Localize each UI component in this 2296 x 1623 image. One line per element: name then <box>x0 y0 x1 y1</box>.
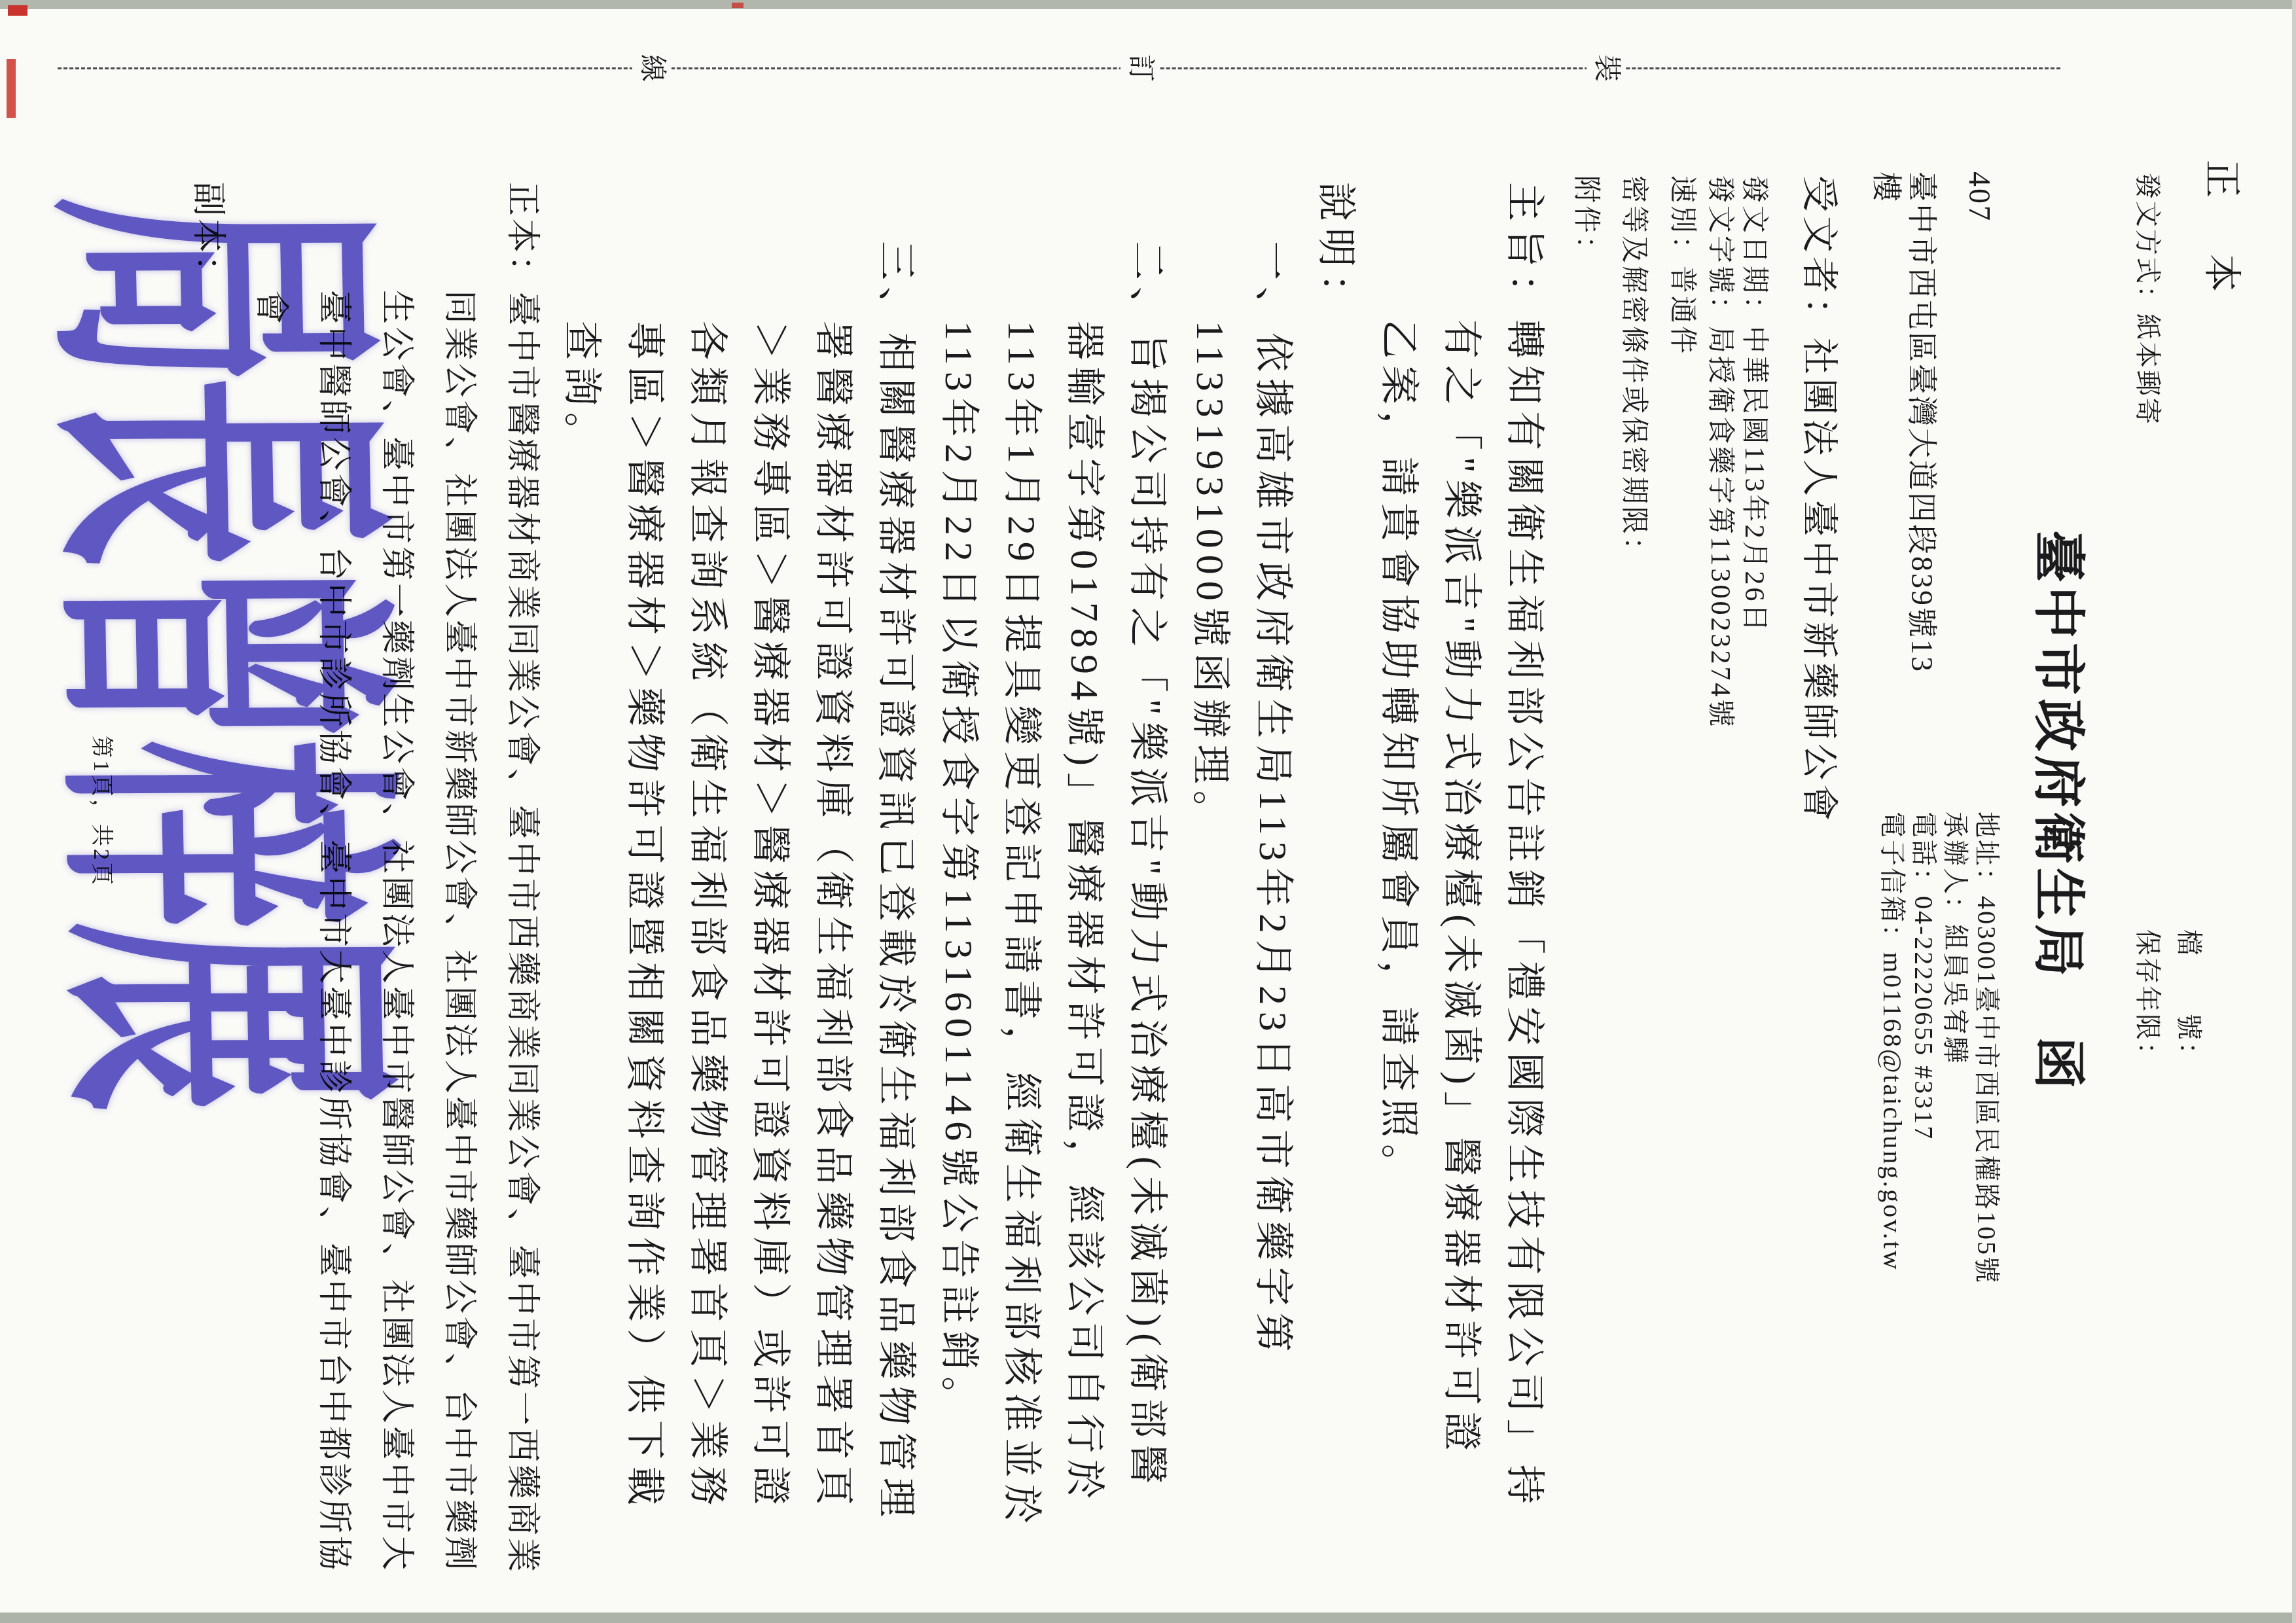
recipient-zip: 407 <box>1964 171 1995 223</box>
director-signature-stamp: 局長曾梓展 <box>0 193 508 1148</box>
subject-line-1: 主旨：轉知有關衛生福利部公告註銷「禮安國際生技有限公司」持 <box>1503 182 1545 1510</box>
item3-line-1: 三、相關醫療器材許可證資訊已登載於衛生福利部食品藥物管理 <box>875 241 916 1524</box>
agency-email: 電子信箱：m01168@taichung.gov.tw <box>1878 811 1906 1272</box>
recipient-address-2: 樓 <box>1871 171 1902 204</box>
item2-line-3: 113年1月29日提具變更登記申請書，經衛生福利部核准並於 <box>1001 321 1042 1530</box>
red-scan-artifact-3 <box>732 3 744 8</box>
binding-mark-xian: 線 <box>632 50 672 86</box>
item3-line-4: 各類月報查詢系統（衛生福利部食品藥物管理署首頁＞業務 <box>687 321 728 1512</box>
subject-line-2: 有之「"樂派吉"動力式治療檯(未滅菌)」醫療器材許可證 <box>1441 319 1482 1457</box>
binding-mark-ding: 訂 <box>1121 50 1160 86</box>
scan-edge-bottom <box>0 1613 2296 1623</box>
item2-line-2: 器輸壹字第017894號)」醫療器材許可證，經該公司自行於 <box>1064 321 1105 1505</box>
red-scan-artifact-2 <box>7 59 16 118</box>
item2-line-4: 113年2月22日以衛授食字第1131601146號公告註銷。 <box>938 321 979 1422</box>
speed-class: 速別：普通件 <box>1668 175 1696 356</box>
agency-phone: 電話：04-22220655 #3317 <box>1910 811 1937 1141</box>
agency-address: 地址：403001臺中市西區民權路105號 <box>1973 811 2000 1285</box>
scan-edge-top <box>0 0 2296 9</box>
recipients-list-line-1: 正本：臺中市醫療器材商業同業公會、臺中市西藥商業同業公會、臺中市第一西藥商業 <box>503 182 539 1575</box>
agency-handler: 承辦人：組員吳宥驊 <box>1941 811 1969 1065</box>
recipient-address-1: 臺中市西屯區臺灣大道四段839號13 <box>1906 171 1937 673</box>
item3-line-2: 署醫療器材許可證資料庫（衛生福利部食品藥物管理署首頁 <box>812 321 853 1512</box>
copy-marking: 正 本 <box>2201 160 2241 301</box>
scan-edge-right <box>2292 0 2296 1623</box>
item1-line-2: 11331931000號函辦理。 <box>1189 321 1230 836</box>
file-number-label: 檔 號： <box>2175 929 2202 1070</box>
item3-line-5: 專區＞醫療器材＞藥物許可證暨相關資料查詢作業）供下載 <box>624 321 665 1512</box>
binding-dashed-line <box>58 67 2060 69</box>
delivery-method: 發文方式：紙本郵寄 <box>2134 173 2161 426</box>
scanned-letter: 裝 訂 線 正 本 發文方式：紙本郵寄 檔 號： 保存年限： 臺中市政府衛生局 … <box>0 0 2296 1623</box>
security-class: 密等及解密條件或保密期限： <box>1619 175 1648 567</box>
explanation-label: 說明： <box>1315 182 1356 319</box>
issue-date: 發文日期：中華民國113年2月26日 <box>1740 175 1768 633</box>
doc-number: 發文字號：局授衛食藥字第1130023274號 <box>1706 175 1734 729</box>
letter-page: 裝 訂 線 正 本 發文方式：紙本郵寄 檔 號： 保存年限： 臺中市政府衛生局 … <box>0 0 2296 1623</box>
binding-mark-zhuang: 裝 <box>1587 50 1626 86</box>
item2-line-1: 二、旨揭公司持有之「"樂派吉"動力式治療檯(未滅菌)(衛部醫 <box>1126 241 1168 1490</box>
attachment-label: 附件： <box>1571 175 1600 266</box>
subject-line-3: 乙案，請貴會協助轉知所屬會員，請查照。 <box>1378 319 1419 1190</box>
recipient-line: 受文者：社團法人臺中市新藥師公會 <box>1799 175 1838 825</box>
item3-line-3: ＞業務專區＞醫療器材＞醫療器材許可證資料庫）或許可證 <box>749 321 791 1512</box>
red-scan-artifact-1 <box>8 5 27 16</box>
retention-label: 保存年限： <box>2134 929 2161 1070</box>
item3-line-6: 查詢。 <box>561 321 602 458</box>
item1-line-1: 一、依據高雄市政府衛生局113年2月23日高市衛藥字第 <box>1252 241 1293 1359</box>
agency-title: 臺中市政府衛生局 函 <box>2026 530 2101 1093</box>
